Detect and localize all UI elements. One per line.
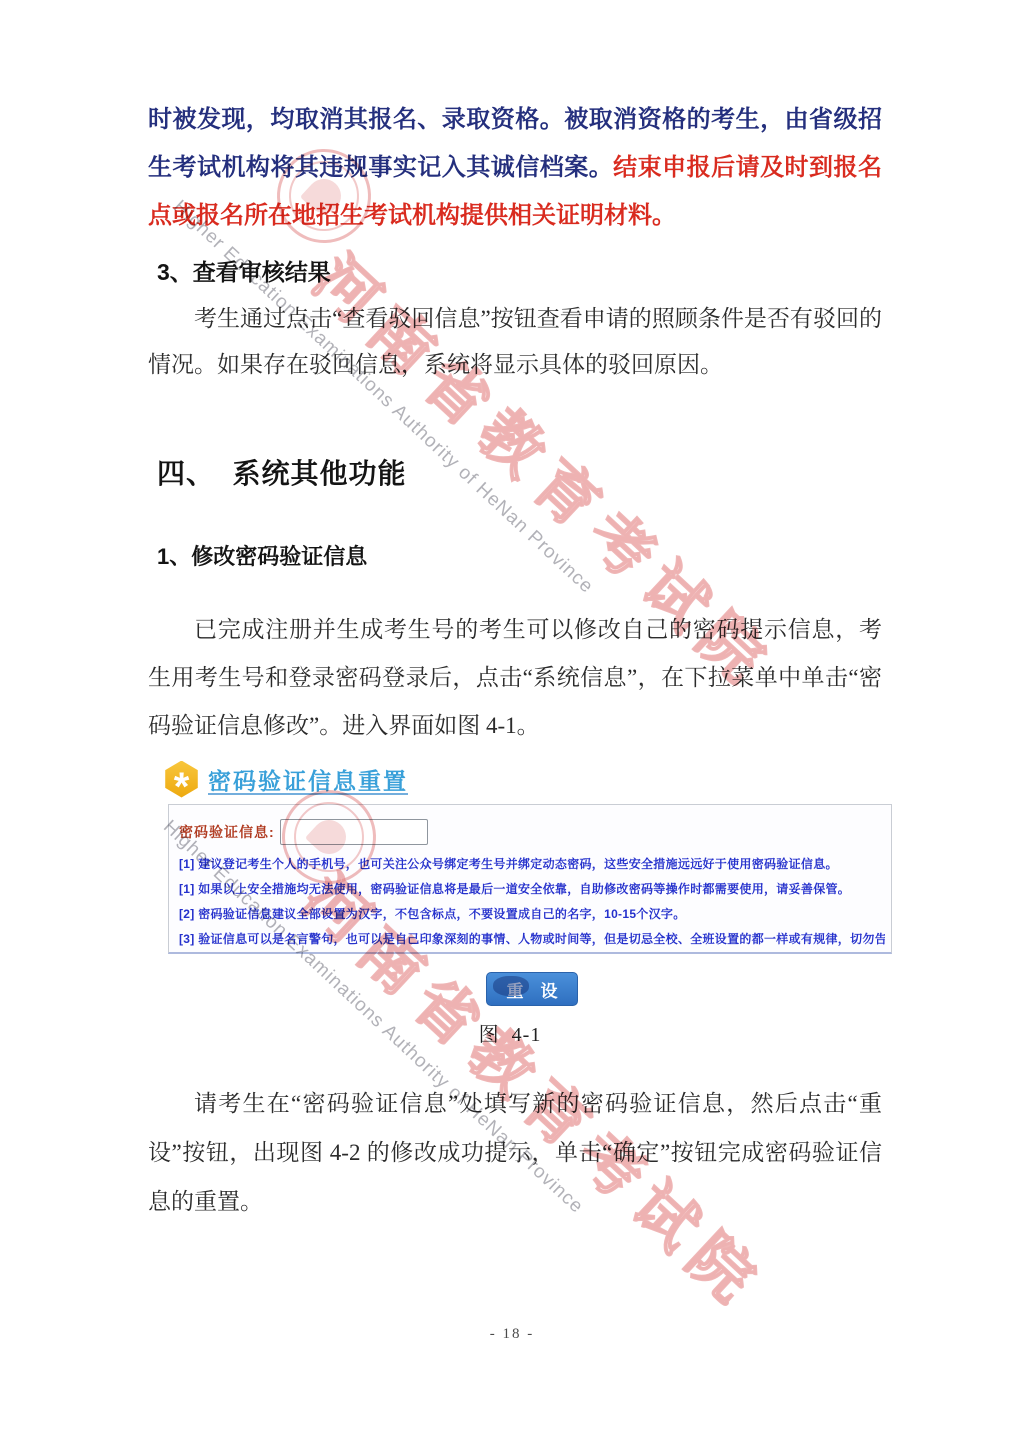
paragraph-reset-instruction: 请考生在“密码验证信息”处填写新的密码验证信息，然后点击“重设”按钮，出现图 4…	[148, 1079, 882, 1226]
notes-list: [1] 建议登记考生个人的手机号，也可关注公众号绑定考生号并绑定动态密码，这些安…	[179, 852, 885, 952]
document-page: 时被发现，均取消其报名、录取资格。被取消资格的考生，由省级招生考试机构将其违规事…	[0, 0, 1024, 1448]
reset-button-label: 重 设	[507, 977, 558, 1002]
password-hint-field-row: 密码验证信息:	[179, 819, 428, 845]
screenshot-header: * 密码验证信息重置	[163, 760, 408, 798]
paragraph-modify-intro: 已完成注册并生成考生号的考生可以修改自己的密码提示信息，考生用考生号和登录密码登…	[148, 606, 882, 750]
chapter-heading-other-functions: 四、 系统其他功能	[157, 452, 407, 492]
subsection-heading-modify-password-info: 1、修改密码验证信息	[157, 540, 367, 571]
password-hint-input[interactable]	[280, 819, 428, 845]
screenshot-title: 密码验证信息重置	[208, 763, 408, 796]
note-line: [1] 建议登记考生个人的手机号，也可关注公众号绑定考生号并绑定动态密码，这些安…	[179, 852, 885, 877]
field-label: 密码验证信息:	[179, 822, 275, 842]
asterisk-hexagon-icon: *	[163, 761, 200, 798]
section-heading-review-result: 3、查看审核结果	[157, 254, 331, 287]
note-line: [2] 密码验证信息建议全部设置为汉字，不包含标点，不要设置成自己的名字，10-…	[179, 902, 885, 927]
page-number: - 18 -	[0, 1326, 1024, 1343]
note-line: [3] 验证信息可以是名言警句，也可以是自己印象深刻的事情、人物或时间等，但是切…	[179, 927, 885, 952]
screenshot-panel: 密码验证信息: [1] 建议登记考生个人的手机号，也可关注公众号绑定考生号并绑定…	[168, 804, 892, 954]
paragraph-review: 考生通过点击“查看驳回信息”按钮查看申请的照顾条件是否有驳回的情况。如果存在驳回…	[148, 296, 882, 388]
reset-button[interactable]: 重 设	[486, 972, 578, 1006]
note-line: [1] 如果以上安全措施均无法使用，密码验证信息将是最后一道安全依靠，自助修改密…	[179, 877, 885, 902]
figure-caption: 图 4-1	[148, 1018, 872, 1047]
paragraph-penalty: 时被发现，均取消其报名、录取资格。被取消资格的考生，由省级招生考试机构将其违规事…	[148, 96, 882, 240]
